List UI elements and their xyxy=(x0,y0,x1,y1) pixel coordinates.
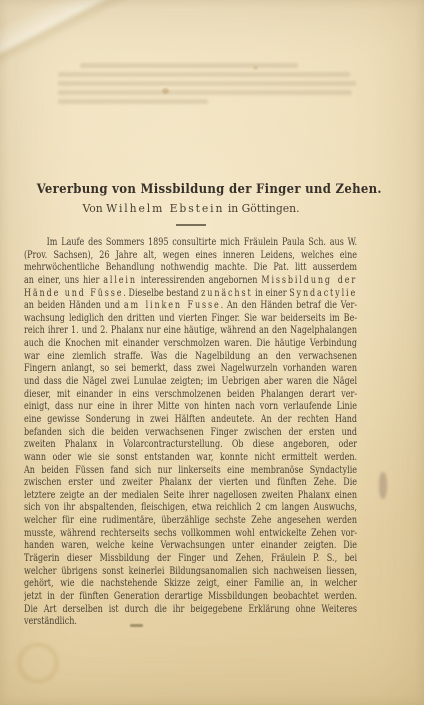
body-text: . An den Händen betraf die Ver- xyxy=(221,299,357,311)
body-text: einigt, dass nur eine in ihrer Mitte von… xyxy=(24,400,357,412)
body-line: befanden sich die beiden verwachsenen Fi… xyxy=(24,426,357,439)
body-text: zwischen erster und zweiter Phalanx der … xyxy=(24,476,357,488)
body-text: an einer, uns hier xyxy=(24,274,103,286)
ghost-line xyxy=(80,63,298,68)
body-line: jetzt in der fünften Generation derartig… xyxy=(24,590,357,603)
body-line: an beiden Händen und am linken Fusse. An… xyxy=(24,299,357,312)
body-line: welcher für eine rudimentäre, überzählig… xyxy=(24,514,357,527)
body-text: auch die Knochen mit einander verschmolz… xyxy=(24,337,357,349)
body-text: wachsung lediglich den dritten und viert… xyxy=(24,312,357,324)
body-text-emphasized: Missbildung der xyxy=(261,274,357,286)
body-text: letztere zeigte an der medialen Seite ih… xyxy=(24,489,357,501)
title-separator-rule xyxy=(176,224,206,226)
body-text: befanden sich die beiden verwachsenen Fi… xyxy=(24,426,357,438)
body-text-emphasized: Hände und Füsse xyxy=(24,287,123,299)
body-text-emphasized: allein xyxy=(103,274,137,286)
body-line: verständlich. xyxy=(24,615,357,628)
end-mark xyxy=(130,624,143,627)
body-text: handen waren, welche keine Verwachsungen… xyxy=(24,539,357,551)
body-text: eine gewisse Sonderung in zwei Hälften a… xyxy=(24,413,357,425)
ghost-line xyxy=(58,72,350,77)
body-text: an beiden Händen und xyxy=(24,299,124,311)
paper-spot xyxy=(162,88,169,94)
body-line: reich ihrer 1. und 2. Phalanx nur eine h… xyxy=(24,324,357,337)
body-line: einigt, dass nur eine in ihrer Mitte von… xyxy=(24,400,357,413)
body-line: letztere zeigte an der medialen Seite ih… xyxy=(24,489,357,502)
body-line: war eine ziemlich straffe. Was die Nagel… xyxy=(24,350,357,363)
scanned-page: Vererbung von Missbildung der Finger und… xyxy=(0,0,424,705)
body-text: in einer xyxy=(253,287,290,299)
body-line: eine gewisse Sonderung in zwei Hälften a… xyxy=(24,413,357,426)
smudge-right-edge xyxy=(379,472,387,499)
body-text: Trägerin dieser Missbildung der Finger u… xyxy=(24,552,357,564)
body-line: An beiden Füssen fand sich nur linkersei… xyxy=(24,464,357,477)
body-line: und dass die Nägel zwei Lunulae zeigten;… xyxy=(24,375,357,388)
body-line: gehört, wie die nachstehende Skizze zeig… xyxy=(24,577,357,590)
body-line: zweiten Phalanx in Volarcontracturstellu… xyxy=(24,438,357,451)
body-text: verständlich. xyxy=(24,615,77,627)
body-text: interessirenden angebornen xyxy=(137,274,262,286)
body-text: An beiden Füssen fand sich nur linkersei… xyxy=(24,464,357,476)
body-text: welcher übrigens sonst keinerlei Bildung… xyxy=(24,565,357,577)
body-text: und dass die Nägel zwei Lunulae zeigten;… xyxy=(24,375,357,387)
body-text: Fingern anlangt, so sei bemerkt, dass zw… xyxy=(24,362,357,374)
body-text: mehrwöchentliche Behandlung nothwendig m… xyxy=(24,261,357,273)
ghost-line xyxy=(58,99,208,104)
body-text: sich von ihr abspaltenden, fleischigen, … xyxy=(24,501,357,513)
body-line: handen waren, welche keine Verwachsungen… xyxy=(24,539,357,552)
body-text: Im Laufe des Sommers 1895 consultirte mi… xyxy=(47,236,357,248)
body-text: war eine ziemlich straffe. Was die Nagel… xyxy=(24,350,357,362)
body-text-emphasized: am linken Fusse xyxy=(124,299,221,311)
byline-author-name: Wilhelm Ebstein xyxy=(106,202,224,215)
ghost-line xyxy=(58,90,352,95)
article-byline: Von Wilhelm Ebstein in Göttingen. xyxy=(25,202,357,215)
body-text-emphasized: zunächst xyxy=(201,287,252,299)
article-header: Vererbung von Missbildung der Finger und… xyxy=(25,181,357,226)
body-line: zwischen erster und zweiter Phalanx der … xyxy=(24,476,357,489)
body-line: Hände und Füsse. Dieselbe bestand zunäch… xyxy=(24,287,357,300)
body-line: Trägerin dieser Missbildung der Finger u… xyxy=(24,552,357,565)
body-text: (Prov. Sachsen), 26 Jahre alt, wegen ein… xyxy=(24,249,357,261)
body-text-emphasized: Syndactylie xyxy=(289,287,357,299)
paper-spot xyxy=(253,66,258,70)
body-text: Die Art derselben ist durch die ihr beig… xyxy=(24,603,357,615)
body-text: . Dieselbe bestand xyxy=(123,287,201,299)
body-line: mehrwöchentliche Behandlung nothwendig m… xyxy=(24,261,357,274)
byline-von: Von xyxy=(82,202,106,215)
ghost-line xyxy=(58,81,356,86)
body-text: gehört, wie die nachstehende Skizze zeig… xyxy=(24,577,357,589)
body-line: (Prov. Sachsen), 26 Jahre alt, wegen ein… xyxy=(24,249,357,262)
body-line: dieser, mit einander in eins verschmolze… xyxy=(24,388,357,401)
body-text: wann oder wie sie sonst entstanden war, … xyxy=(24,451,357,463)
body-line: Im Laufe des Sommers 1895 consultirte mi… xyxy=(24,236,357,249)
body-text: jetzt in der fünften Generation derartig… xyxy=(24,590,357,602)
article-body: Im Laufe des Sommers 1895 consultirte mi… xyxy=(24,236,357,628)
body-text: musste, während rechterseits sechs vollk… xyxy=(24,527,357,539)
body-line: sich von ihr abspaltenden, fleischigen, … xyxy=(24,501,357,514)
show-through-text xyxy=(58,63,358,108)
body-line: wachsung lediglich den dritten und viert… xyxy=(24,312,357,325)
body-text: dieser, mit einander in eins verschmolze… xyxy=(24,388,357,400)
stain-bottom-left xyxy=(16,642,60,684)
body-text: reich ihrer 1. und 2. Phalanx nur eine h… xyxy=(24,324,357,336)
body-text: zweiten Phalanx in Volarcontracturstellu… xyxy=(24,438,357,450)
body-line: auch die Knochen mit einander verschmolz… xyxy=(24,337,357,350)
body-line: Die Art derselben ist durch die ihr beig… xyxy=(24,603,357,616)
body-line: welcher übrigens sonst keinerlei Bildung… xyxy=(24,565,357,578)
body-line: Fingern anlangt, so sei bemerkt, dass zw… xyxy=(24,362,357,375)
body-text: welcher für eine rudimentäre, überzählig… xyxy=(24,514,357,526)
body-line: musste, während rechterseits sechs vollk… xyxy=(24,527,357,540)
body-line: an einer, uns hier allein interessirende… xyxy=(24,274,357,287)
body-line: wann oder wie sie sonst entstanden war, … xyxy=(24,451,357,464)
byline-place: in Göttingen. xyxy=(224,202,299,215)
article-title: Vererbung von Missbildung der Finger und… xyxy=(37,181,346,196)
